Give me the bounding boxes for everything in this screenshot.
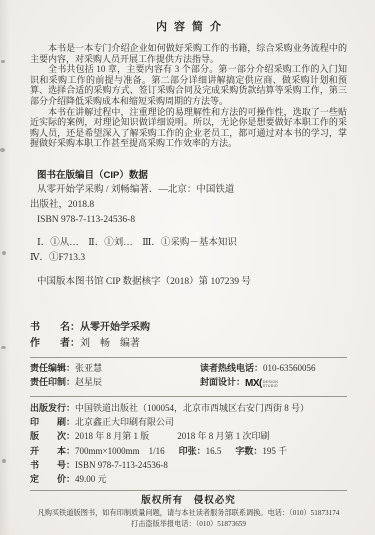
sheets-value: 16.5	[206, 446, 222, 456]
words-label: 字数：	[235, 446, 262, 456]
sheets-label: 印张：	[179, 446, 206, 456]
publication-block: 出版发行：中国铁道出版社（100054，北京市西城区右安门西街 8 号） 印 刷…	[30, 401, 347, 486]
cip-record-line2: 出版社，2018.8	[30, 198, 347, 213]
logo-mark: MX(	[245, 377, 262, 392]
cover-design-cell: 封面设计：MX(DESIGNSTUDIO	[200, 375, 347, 392]
book-title-row: 书 名：从零开始学采购	[30, 320, 347, 337]
edition-label: 版 次：	[30, 431, 75, 441]
scan-speck	[2, 251, 6, 255]
print-supervisor-value: 赵星辰	[75, 377, 102, 387]
service-line: 凡购买铁道版图书，如有印制质量问题，请与本社读者服务部联系调换。电话：（010）…	[16, 508, 361, 519]
edition-value: 2018 年 8 月第 1 版	[75, 431, 149, 441]
scan-speck	[1, 346, 6, 349]
book-author-value: 刘 畅 编著	[80, 338, 140, 349]
price-row: 定 价：49.00 元	[30, 472, 347, 486]
cip-record-line1: 从零开始学采购 / 刘畅编著．—北京：中国铁道	[30, 183, 347, 198]
hotline-cell: 读者热线电话：010-63560056	[200, 361, 347, 376]
publisher-label: 出版发行：	[30, 403, 75, 413]
publisher-row: 出版发行：中国铁道出版社（100054，北京市西城区右安门西街 8 号）	[30, 401, 347, 415]
format-row: 开 本：700mm×1000mm 1/16印张：16.5字数：195 千	[30, 444, 347, 458]
copyright-page: 内容简介 本书是一本专门介绍企业如何做好采购工作的书籍，综合采购业务流程中的主要…	[0, 0, 375, 535]
format-label: 开 本：	[30, 446, 75, 456]
cip-heading: 图书在版编目（CIP）数据	[30, 169, 347, 183]
divider-line	[30, 396, 347, 397]
words-value: 195 千	[262, 446, 287, 456]
hotline-label: 读者热线电话：	[200, 363, 263, 373]
editor-value: 张亚慧	[75, 363, 102, 373]
edition-row: 版 次：2018 年 8 月第 1 版2018 年 8 月第 1 次印刷	[30, 429, 347, 443]
summary-paragraph: 本书在讲解过程中，注重理论的易理解性和方法的可操作性，选取了一些贴近实际的案例，…	[30, 107, 347, 149]
summary-paragraph: 全书共包括 10 章，主要内容有 3 个部分。第一部分介绍采购工作的入门知识和采…	[30, 64, 347, 106]
scan-speck	[0, 148, 5, 152]
price-label: 定 价：	[30, 474, 75, 484]
piracy-line: 打击盗版举报电话：（010）51873659	[16, 519, 361, 530]
divider-line	[30, 357, 347, 358]
book-title-value: 从零开始学采购	[80, 322, 150, 333]
scan-speck	[1, 60, 5, 63]
copyright-footer: 版权所有 侵权必究 凡购买铁道版图书，如有印制质量问题，请与本社读者服务部联系调…	[30, 494, 347, 530]
hotline-value: 010-63560056	[263, 363, 316, 373]
price-value: 49.00 元	[75, 474, 107, 484]
logo-subtext-line2: STUDIO	[263, 385, 278, 389]
printer-row: 印 刷：北京鑫正大印刷有限公司	[30, 415, 347, 429]
scan-speck	[2, 459, 6, 463]
book-info: 书 名：从零开始学采购 作 者：刘 畅 编著	[30, 320, 347, 353]
logo-subtext: DESIGNSTUDIO	[263, 381, 278, 388]
staff-block: 责任编辑：张亚慧 读者热线电话：010-63560056 责任印制：赵星辰 封面…	[30, 361, 347, 392]
book-author-row: 作 者：刘 畅 编著	[30, 336, 347, 353]
divider-line	[30, 490, 347, 491]
printer-value: 北京鑫正大印刷有限公司	[75, 417, 174, 427]
cip-archive-number: 中国版本图书馆 CIP 数据核字（2018）第 107239 号	[30, 275, 347, 289]
printer-label: 印 刷：	[30, 417, 75, 427]
impression-value: 2018 年 8 月第 1 次印刷	[177, 431, 269, 441]
book-author-label: 作 者：	[30, 338, 80, 349]
design-studio-logo: MX(DESIGNSTUDIO	[245, 377, 278, 392]
cip-classification-line2: Ⅳ．①F713.3	[30, 251, 347, 266]
cip-isbn: ISBN 978-7-113-24536-8	[30, 213, 347, 228]
isbn-label: 书 号：	[30, 460, 75, 470]
editor-label: 责任编辑：	[30, 363, 75, 373]
print-supervisor-cell: 责任印制：赵星辰	[30, 375, 200, 392]
summary-paragraph: 本书是一本专门介绍企业如何做好采购工作的书籍，综合采购业务流程中的主要内容，对采…	[30, 43, 347, 64]
cip-classification-line1: Ⅰ．①从… Ⅱ．①刘… Ⅲ．①采购－基本知识	[30, 236, 347, 251]
publisher-value: 中国铁道出版社（100054，北京市西城区右安门西街 8 号）	[75, 403, 309, 413]
editor-cell: 责任编辑：张亚慧	[30, 361, 200, 376]
isbn-row: 书 号：ISBN 978-7-113-24536-8	[30, 458, 347, 472]
print-supervisor-label: 责任印制：	[30, 377, 75, 387]
isbn-value: ISBN 978-7-113-24536-8	[75, 460, 168, 470]
fineprint: 凡购买铁道版图书，如有印制质量问题，请与本社读者服务部联系调换。电话：（010）…	[16, 508, 361, 530]
cip-data-block: 图书在版编目（CIP）数据 从零开始学采购 / 刘畅编著．—北京：中国铁道 出版…	[30, 169, 347, 289]
content-summary: 本书是一本专门介绍企业如何做好采购工作的书籍，综合采购业务流程中的主要内容，对采…	[30, 43, 347, 149]
format-value: 700mm×1000mm 1/16	[75, 446, 165, 456]
copyright-notice: 版权所有 侵权必究	[30, 494, 347, 508]
cover-design-label: 封面设计：	[200, 377, 245, 387]
book-title-label: 书 名：	[30, 322, 80, 333]
content-summary-title: 内容简介	[30, 20, 347, 34]
